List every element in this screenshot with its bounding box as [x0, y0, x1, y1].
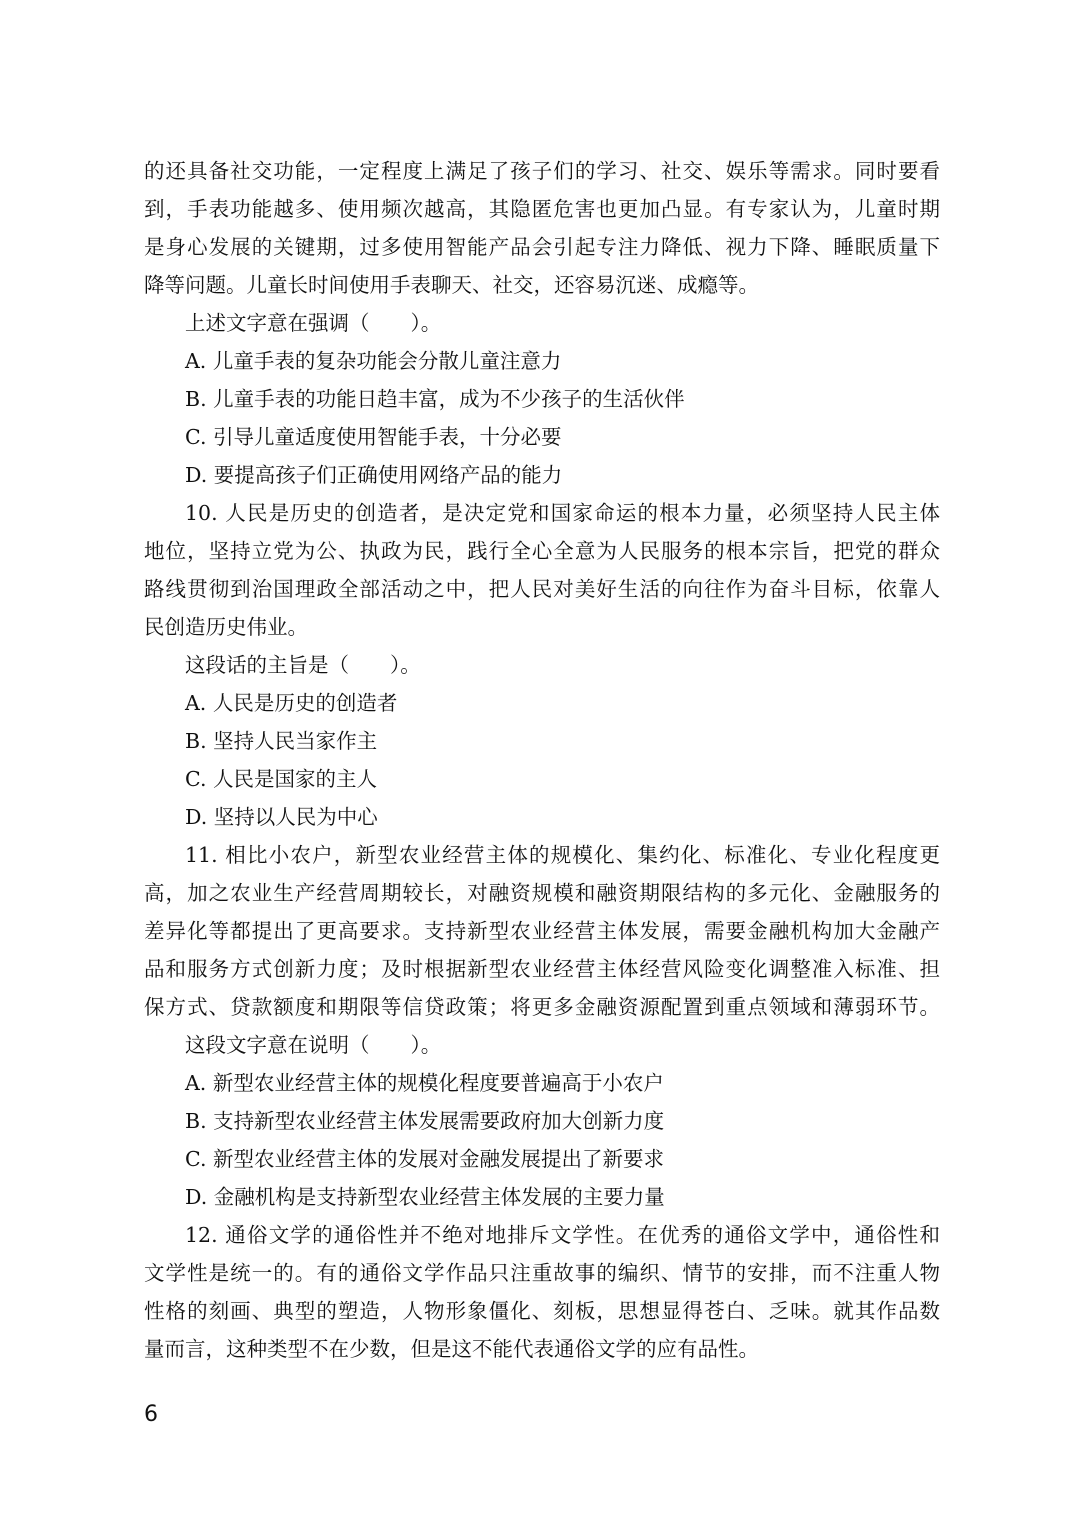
- passage-line: 性格的刻画、典型的塑造，人物形象僵化、刻板，思想显得苍白、乏味。就其作品数: [144, 1292, 940, 1330]
- passage-line: 路线贯彻到治国理政全部活动之中，把人民对美好生活的向往作为奋斗目标，依靠人: [144, 570, 940, 608]
- question-10: 10. 人民是历史的创造者，是决定党和国家命运的根本力量，必须坚持人民主体 地位…: [144, 494, 940, 836]
- passage-line: 11. 相比小农户，新型农业经营主体的规模化、集约化、标准化、专业化程度更: [144, 836, 940, 874]
- passage-line: 文学性是统一的。有的通俗文学作品只注重故事的编织、情节的安排，而不注重人物: [144, 1254, 940, 1292]
- document-page: 的还具备社交功能，一定程度上满足了孩子们的学习、社交、娱乐等需求。同时要看 到，…: [144, 152, 940, 1368]
- option-d: D. 金融机构是支持新型农业经营主体发展的主要力量: [144, 1178, 940, 1216]
- passage-line: 保方式、贷款额度和期限等信贷政策；将更多金融资源配置到重点领域和薄弱环节。: [144, 988, 940, 1026]
- option-b: B. 儿童手表的功能日趋丰富，成为不少孩子的生活伙伴: [144, 380, 940, 418]
- option-d: D. 要提高孩子们正确使用网络产品的能力: [144, 456, 940, 494]
- option-c: C. 引导儿童适度使用智能手表，十分必要: [144, 418, 940, 456]
- option-b: B. 坚持人民当家作主: [144, 722, 940, 760]
- passage-line: 地位，坚持立党为公、执政为民，践行全心全意为人民服务的根本宗旨，把党的群众: [144, 532, 940, 570]
- passage-line: 是身心发展的关键期，过多使用智能产品会引起专注力降低、视力下降、睡眠质量下: [144, 228, 940, 266]
- question-11: 11. 相比小农户，新型农业经营主体的规模化、集约化、标准化、专业化程度更 高，…: [144, 836, 940, 1216]
- option-a: A. 儿童手表的复杂功能会分散儿童注意力: [144, 342, 940, 380]
- passage-line: 高，加之农业生产经营周期较长，对融资规模和融资期限结构的多元化、金融服务的: [144, 874, 940, 912]
- passage-line: 降等问题。儿童长时间使用手表聊天、社交，还容易沉迷、成瘾等。: [144, 266, 940, 304]
- question-prompt: 上述文字意在强调（ ）。: [144, 304, 940, 342]
- question-12: 12. 通俗文学的通俗性并不绝对地排斥文学性。在优秀的通俗文学中，通俗性和 文学…: [144, 1216, 940, 1368]
- option-a: A. 人民是历史的创造者: [144, 684, 940, 722]
- option-d: D. 坚持以人民为中心: [144, 798, 940, 836]
- passage-line: 民创造历史伟业。: [144, 608, 940, 646]
- passage-line: 10. 人民是历史的创造者，是决定党和国家命运的根本力量，必须坚持人民主体: [144, 494, 940, 532]
- option-c: C. 人民是国家的主人: [144, 760, 940, 798]
- passage-line: 差异化等都提出了更高要求。支持新型农业经营主体发展，需要金融机构加大金融产: [144, 912, 940, 950]
- passage-line: 量而言，这种类型不在少数，但是这不能代表通俗文学的应有品性。: [144, 1330, 940, 1368]
- passage-line: 到，手表功能越多、使用频次越高，其隐匿危害也更加凸显。有专家认为，儿童时期: [144, 190, 940, 228]
- page-number: 6: [144, 1402, 158, 1428]
- question-prompt: 这段话的主旨是（ ）。: [144, 646, 940, 684]
- option-c: C. 新型农业经营主体的发展对金融发展提出了新要求: [144, 1140, 940, 1178]
- option-a: A. 新型农业经营主体的规模化程度要普遍高于小农户: [144, 1064, 940, 1102]
- question-prompt: 这段文字意在说明（ ）。: [144, 1026, 940, 1064]
- passage-line: 品和服务方式创新力度；及时根据新型农业经营主体经营风险变化调整准入标准、担: [144, 950, 940, 988]
- question-9-passage: 的还具备社交功能，一定程度上满足了孩子们的学习、社交、娱乐等需求。同时要看 到，…: [144, 152, 940, 494]
- passage-line: 的还具备社交功能，一定程度上满足了孩子们的学习、社交、娱乐等需求。同时要看: [144, 152, 940, 190]
- passage-line: 12. 通俗文学的通俗性并不绝对地排斥文学性。在优秀的通俗文学中，通俗性和: [144, 1216, 940, 1254]
- option-b: B. 支持新型农业经营主体发展需要政府加大创新力度: [144, 1102, 940, 1140]
